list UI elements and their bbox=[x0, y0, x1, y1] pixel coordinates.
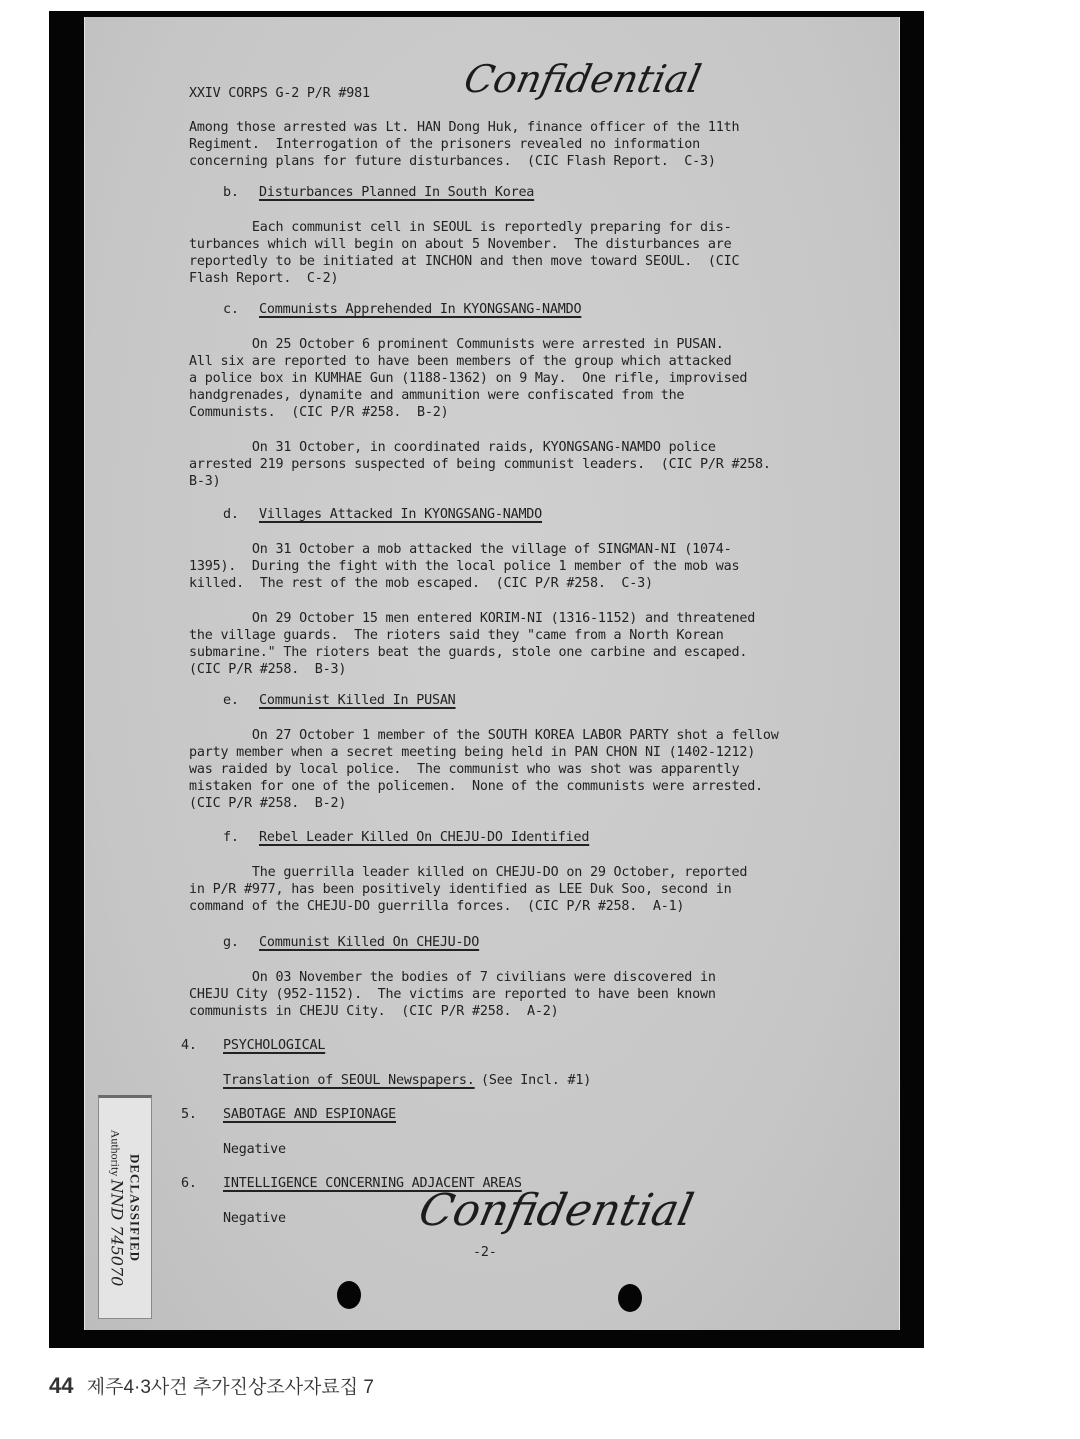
paragraph-line: in P/R #977, has been positively identif… bbox=[189, 881, 731, 898]
numbered-heading-body: Translation of SEOUL Newspapers. bbox=[223, 1072, 475, 1089]
paragraph-line: was raided by local police. The communis… bbox=[189, 761, 739, 778]
section-letter: d. bbox=[223, 506, 239, 523]
numbered-heading-title: PSYCHOLOGICAL bbox=[223, 1037, 325, 1054]
paragraph-line: On 03 November the bodies of 7 civilians… bbox=[189, 969, 716, 986]
document-page: XXIV CORPS G-2 P/R #981 Confidential Con… bbox=[84, 17, 900, 1330]
paragraph-line: 1395). During the fight with the local p… bbox=[189, 558, 739, 575]
section-letter: f. bbox=[223, 829, 239, 846]
paragraph-line: Each communist cell in SEOUL is reported… bbox=[189, 219, 731, 236]
paragraph-line: (CIC P/R #258. B-2) bbox=[189, 795, 346, 812]
authority-label: Authority bbox=[109, 1130, 123, 1177]
paragraph-line: On 31 October a mob attacked the village… bbox=[189, 541, 731, 558]
numbered-heading-number: 4. bbox=[181, 1037, 197, 1054]
paragraph-line: On 27 October 1 member of the SOUTH KORE… bbox=[189, 727, 779, 744]
paragraph-line: Flash Report. C-2) bbox=[189, 270, 338, 287]
paragraph-line: On 29 October 15 men entered KORIM-NI (1… bbox=[189, 610, 755, 627]
punch-hole-left bbox=[337, 1281, 361, 1309]
paragraph-line: On 25 October 6 prominent Communists wer… bbox=[189, 336, 724, 353]
paragraph-line: submarine." The rioters beat the guards,… bbox=[189, 644, 747, 661]
section-title: Villages Attacked In KYONGSANG-NAMDO bbox=[259, 506, 542, 523]
paragraph-line: CHEJU City (952-1152). The victims are r… bbox=[189, 986, 716, 1003]
punch-hole-right bbox=[618, 1284, 642, 1312]
numbered-heading-note: (See Incl. #1) bbox=[481, 1072, 591, 1089]
paragraph-line: communists in CHEJU City. (CIC P/R #258.… bbox=[189, 1003, 559, 1020]
section-title: Communist Killed In PUSAN bbox=[259, 692, 456, 709]
document-header: XXIV CORPS G-2 P/R #981 bbox=[189, 85, 370, 102]
numbered-heading-title: INTELLIGENCE CONCERNING ADJACENT AREAS bbox=[223, 1175, 522, 1192]
paragraph-line: reportedly to be initiated at INCHON and… bbox=[189, 253, 739, 270]
paragraph-line: The guerrilla leader killed on CHEJU-DO … bbox=[189, 864, 747, 881]
paragraph-line: killed. The rest of the mob escaped. (CI… bbox=[189, 575, 653, 592]
section-letter: g. bbox=[223, 934, 239, 951]
paragraph-line: B-3) bbox=[189, 473, 220, 490]
confidential-handwritten-top: Confidential bbox=[460, 57, 705, 101]
paragraph-line: turbances which will begin on about 5 No… bbox=[189, 236, 731, 253]
numbered-heading-body: Negative bbox=[223, 1141, 286, 1158]
paragraph-line: a police box in KUMHAE Gun (1188-1362) o… bbox=[189, 370, 747, 387]
paragraph-line: mistaken for one of the policemen. None … bbox=[189, 778, 763, 795]
paragraph-line: command of the CHEJU-DO guerrilla forces… bbox=[189, 898, 684, 915]
section-letter: e. bbox=[223, 692, 239, 709]
declassified-stamp: DECLASSIFIED Authority NND 745070 bbox=[98, 1095, 152, 1319]
paragraph-line: the village guards. The rioters said the… bbox=[189, 627, 724, 644]
paragraph-line: On 31 October, in coordinated raids, KYO… bbox=[189, 439, 716, 456]
paragraph-line: (CIC P/R #258. B-3) bbox=[189, 661, 346, 678]
declassified-title: DECLASSIFIED bbox=[127, 1103, 143, 1313]
confidential-handwritten-bottom: Confidential bbox=[415, 1185, 698, 1236]
section-title: Rebel Leader Killed On CHEJU-DO Identifi… bbox=[259, 829, 589, 846]
intro-line: Regiment. Interrogation of the prisoners… bbox=[189, 136, 700, 153]
numbered-heading-body: Negative bbox=[223, 1210, 286, 1227]
section-title: Disturbances Planned In South Korea bbox=[259, 184, 534, 201]
paragraph-line: All six are reported to have been member… bbox=[189, 353, 731, 370]
page-number: -2- bbox=[473, 1244, 497, 1261]
numbered-heading-number: 6. bbox=[181, 1175, 197, 1192]
authority-value: NND 745070 bbox=[108, 1179, 127, 1286]
paragraph-line: arrested 219 persons suspected of being … bbox=[189, 456, 771, 473]
paragraph-line: party member when a secret meeting being… bbox=[189, 744, 755, 761]
paragraph-line: Communists. (CIC P/R #258. B-2) bbox=[189, 404, 448, 421]
scanned-document-photo: XXIV CORPS G-2 P/R #981 Confidential Con… bbox=[49, 11, 924, 1348]
paragraph-line: handgrenades, dynamite and ammunition we… bbox=[189, 387, 684, 404]
book-footer: 44 제주4·3사건 추가진상조사자료집 7 bbox=[49, 1372, 374, 1399]
section-letter: b. bbox=[223, 184, 239, 201]
book-page-number: 44 bbox=[49, 1373, 73, 1398]
intro-line: concerning plans for future disturbances… bbox=[189, 153, 716, 170]
book-title: 제주4·3사건 추가진상조사자료집 7 bbox=[87, 1377, 374, 1398]
section-letter: c. bbox=[223, 301, 239, 318]
numbered-heading-title: SABOTAGE AND ESPIONAGE bbox=[223, 1106, 396, 1123]
intro-line: Among those arrested was Lt. HAN Dong Hu… bbox=[189, 119, 739, 136]
section-title: Communists Apprehended In KYONGSANG-NAMD… bbox=[259, 301, 581, 318]
section-title: Communist Killed On CHEJU-DO bbox=[259, 934, 479, 951]
numbered-heading-number: 5. bbox=[181, 1106, 197, 1123]
